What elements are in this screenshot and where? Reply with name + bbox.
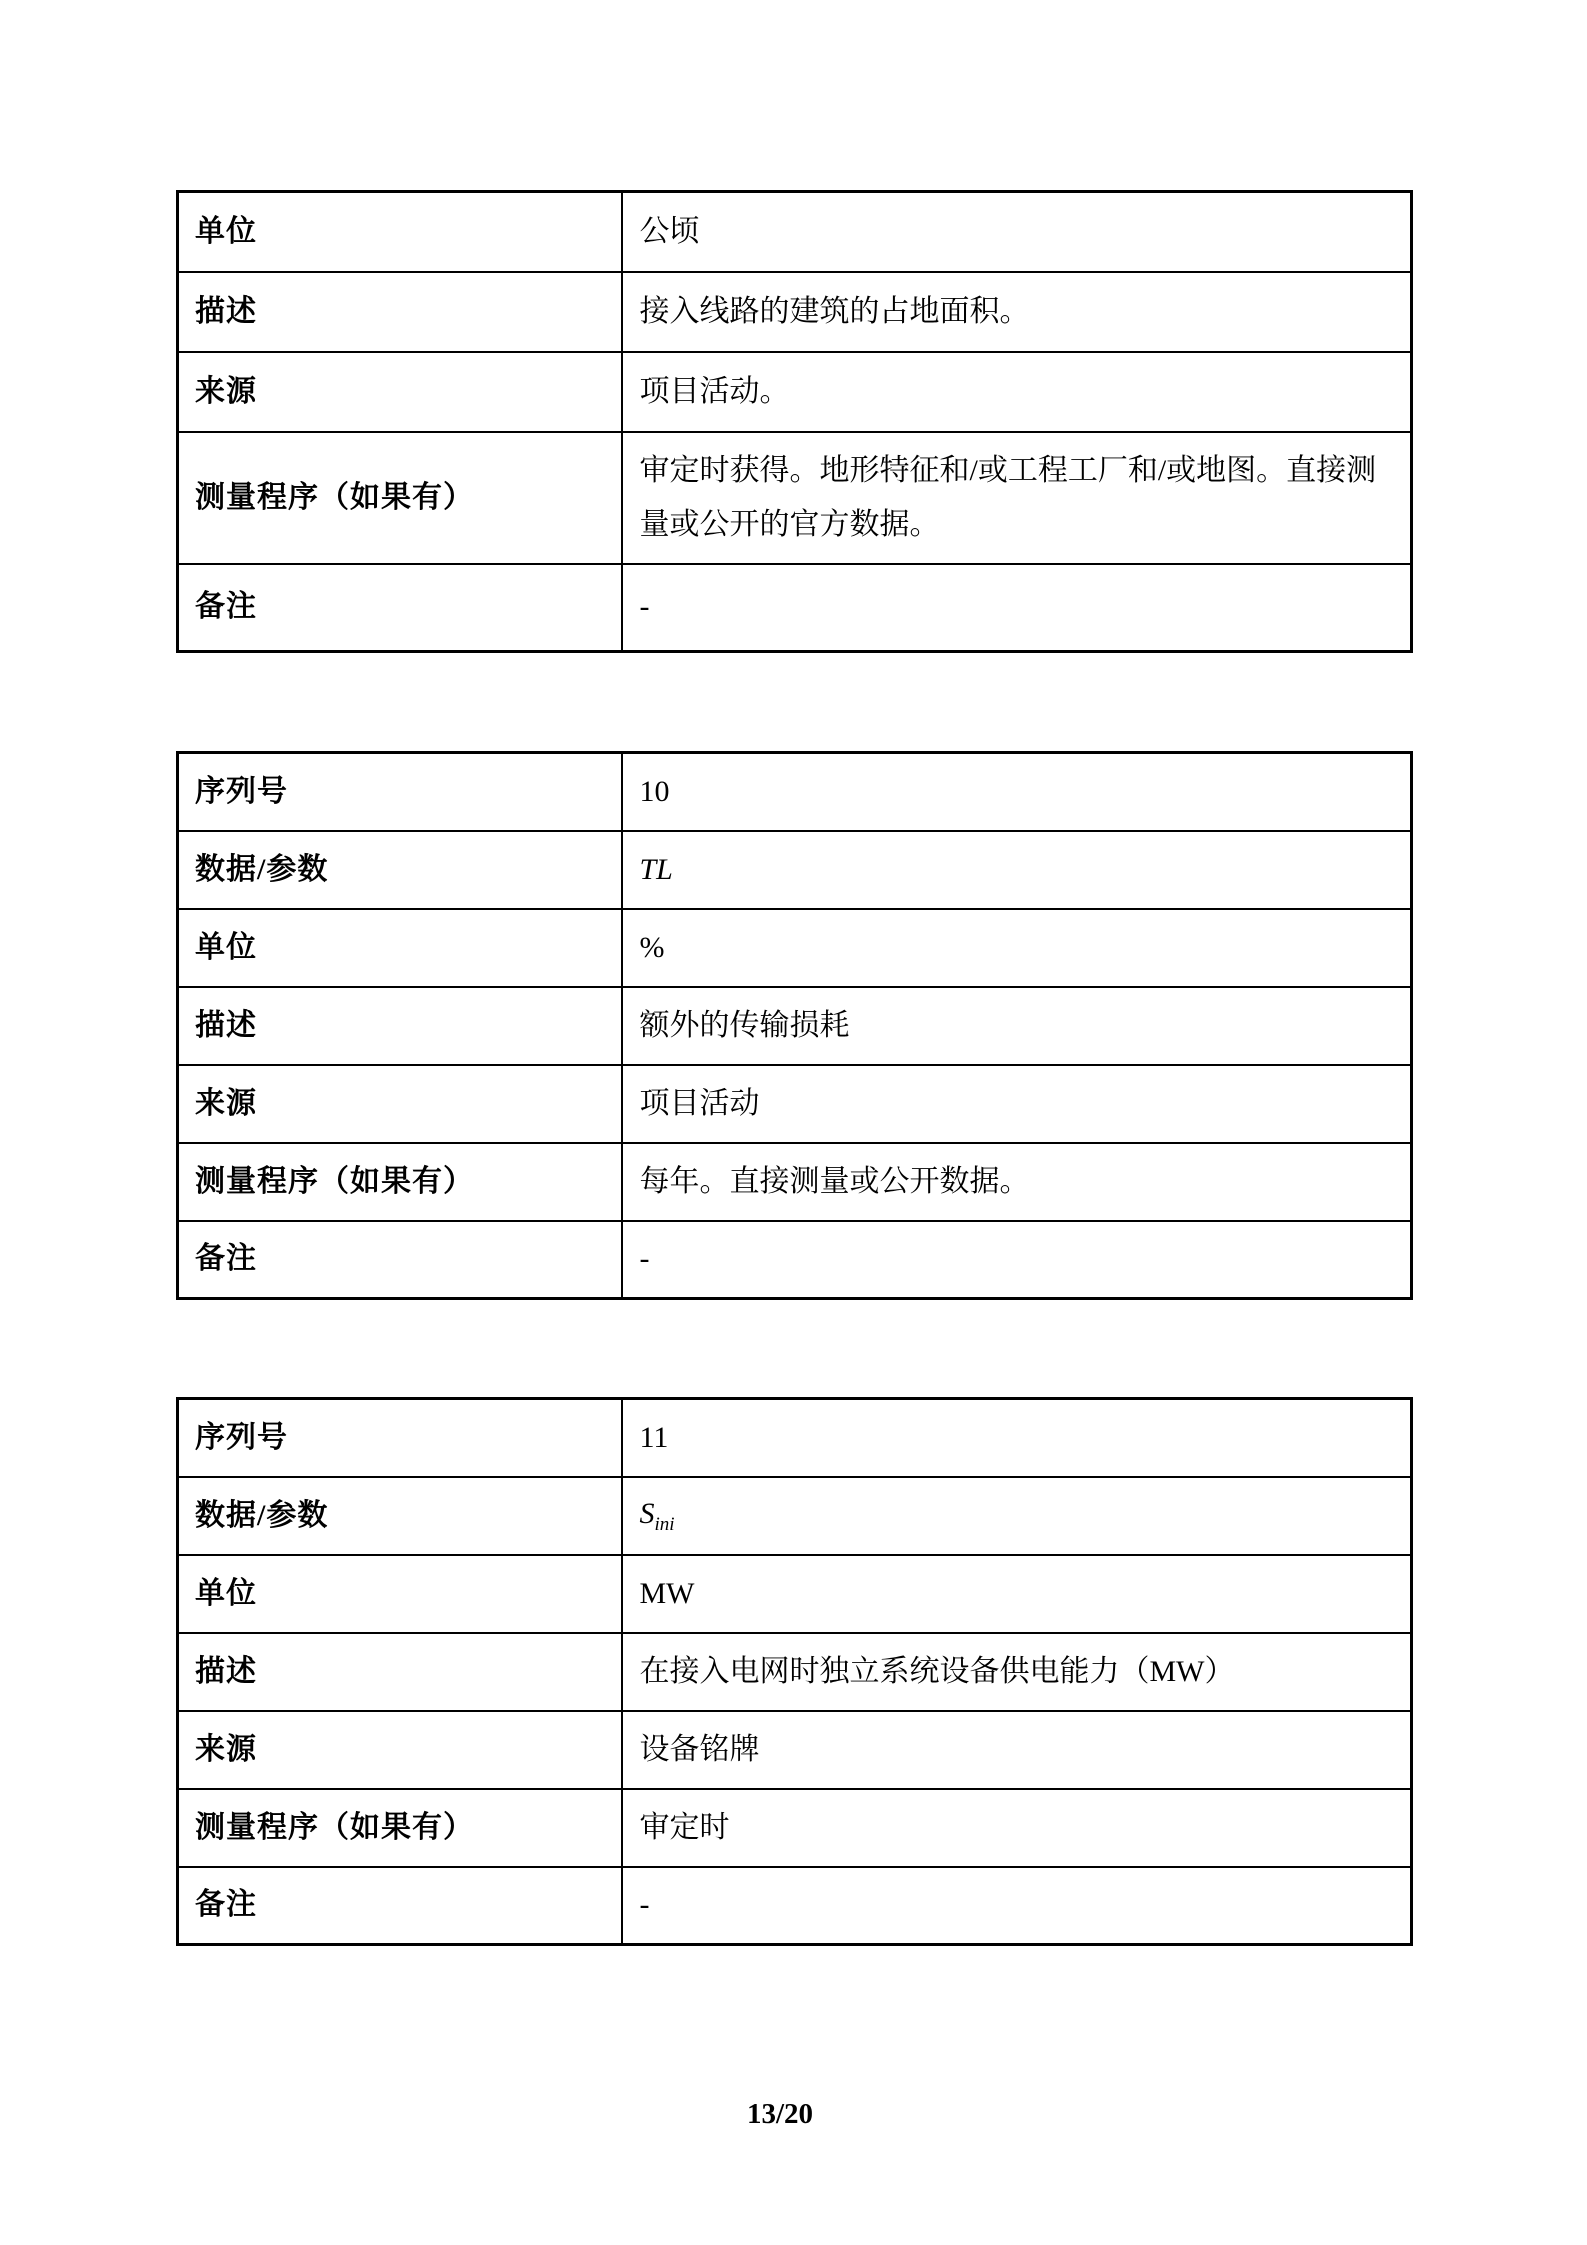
row-label: 序列号 bbox=[178, 753, 622, 831]
table-row: 描述 接入线路的建筑的占地面积。 bbox=[178, 272, 1412, 352]
table-row: 测量程序（如果有） 每年。直接测量或公开数据。 bbox=[178, 1143, 1412, 1221]
row-label: 描述 bbox=[178, 272, 622, 352]
row-value-parameter-symbol: Sini bbox=[622, 1477, 1412, 1555]
row-label: 备注 bbox=[178, 564, 622, 652]
table-row: 单位 % bbox=[178, 909, 1412, 987]
row-value: 10 bbox=[622, 753, 1412, 831]
row-value: - bbox=[622, 1221, 1412, 1299]
parameter-symbol-main: S bbox=[640, 1497, 655, 1530]
row-label: 来源 bbox=[178, 1065, 622, 1143]
row-label: 单位 bbox=[178, 1555, 622, 1633]
table-row: 来源 项目活动 bbox=[178, 1065, 1412, 1143]
row-label: 数据/参数 bbox=[178, 1477, 622, 1555]
row-label: 备注 bbox=[178, 1867, 622, 1945]
row-value: 每年。直接测量或公开数据。 bbox=[622, 1143, 1412, 1221]
row-value: 11 bbox=[622, 1399, 1412, 1477]
param-table-1: 单位 公顷 描述 接入线路的建筑的占地面积。 来源 项目活动。 测量程序（如果有… bbox=[176, 190, 1413, 653]
row-label: 单位 bbox=[178, 192, 622, 272]
page-number: 13/20 bbox=[0, 2098, 1560, 2131]
parameter-symbol-subscript: ini bbox=[655, 1514, 675, 1535]
row-label: 来源 bbox=[178, 1711, 622, 1789]
row-value: % bbox=[622, 909, 1412, 987]
row-value: 项目活动 bbox=[622, 1065, 1412, 1143]
table-row: 来源 设备铭牌 bbox=[178, 1711, 1412, 1789]
row-label: 单位 bbox=[178, 909, 622, 987]
row-value: 额外的传输损耗 bbox=[622, 987, 1412, 1065]
row-value: 审定时获得。地形特征和/或工程工厂和/或地图。直接测量或公开的官方数据。 bbox=[622, 432, 1412, 564]
table-row: 测量程序（如果有） 审定时 bbox=[178, 1789, 1412, 1867]
row-value: - bbox=[622, 1867, 1412, 1945]
row-value: 项目活动。 bbox=[622, 352, 1412, 432]
param-table-2: 序列号 10 数据/参数 TL 单位 % 描述 额外的传输损耗 来源 项目活动 … bbox=[176, 751, 1413, 1300]
row-value: 在接入电网时独立系统设备供电能力（MW） bbox=[622, 1633, 1412, 1711]
row-value: MW bbox=[622, 1555, 1412, 1633]
document-page: { "page": { "footer_page_number": "13/20… bbox=[0, 0, 1587, 2245]
table-row: 数据/参数 TL bbox=[178, 831, 1412, 909]
table-row: 描述 额外的传输损耗 bbox=[178, 987, 1412, 1065]
row-value: 公顷 bbox=[622, 192, 1412, 272]
row-label: 序列号 bbox=[178, 1399, 622, 1477]
table-row: 来源 项目活动。 bbox=[178, 352, 1412, 432]
row-value: - bbox=[622, 564, 1412, 652]
row-value: 接入线路的建筑的占地面积。 bbox=[622, 272, 1412, 352]
row-value: 设备铭牌 bbox=[622, 1711, 1412, 1789]
page-content: 单位 公顷 描述 接入线路的建筑的占地面积。 来源 项目活动。 测量程序（如果有… bbox=[176, 190, 1413, 1946]
row-label: 描述 bbox=[178, 1633, 622, 1711]
row-label: 测量程序（如果有） bbox=[178, 432, 622, 564]
row-label: 测量程序（如果有） bbox=[178, 1789, 622, 1867]
table-row: 备注 - bbox=[178, 564, 1412, 652]
table-row: 描述 在接入电网时独立系统设备供电能力（MW） bbox=[178, 1633, 1412, 1711]
table-row: 备注 - bbox=[178, 1221, 1412, 1299]
table-row: 备注 - bbox=[178, 1867, 1412, 1945]
row-value-parameter-symbol: TL bbox=[622, 831, 1412, 909]
param-table-3: 序列号 11 数据/参数 Sini 单位 MW 描述 在接入电网时独立系统设备供… bbox=[176, 1397, 1413, 1946]
row-label: 数据/参数 bbox=[178, 831, 622, 909]
table-row: 单位 公顷 bbox=[178, 192, 1412, 272]
row-value: 审定时 bbox=[622, 1789, 1412, 1867]
table-row: 序列号 10 bbox=[178, 753, 1412, 831]
row-label: 来源 bbox=[178, 352, 622, 432]
row-label: 备注 bbox=[178, 1221, 622, 1299]
table-row: 数据/参数 Sini bbox=[178, 1477, 1412, 1555]
table-row: 单位 MW bbox=[178, 1555, 1412, 1633]
table-row: 测量程序（如果有） 审定时获得。地形特征和/或工程工厂和/或地图。直接测量或公开… bbox=[178, 432, 1412, 564]
row-label: 描述 bbox=[178, 987, 622, 1065]
table-row: 序列号 11 bbox=[178, 1399, 1412, 1477]
row-label: 测量程序（如果有） bbox=[178, 1143, 622, 1221]
